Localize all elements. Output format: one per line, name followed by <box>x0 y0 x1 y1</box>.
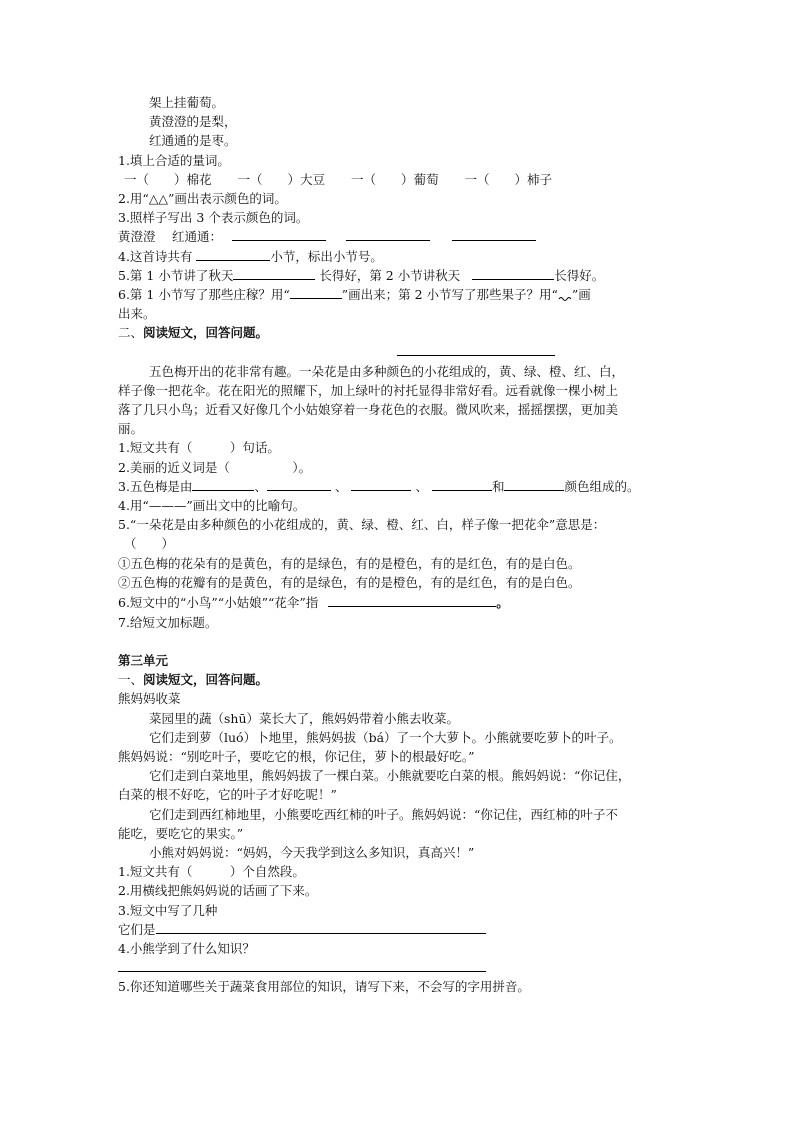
wavy-line-symbol <box>558 292 572 302</box>
straight-line-symbol <box>290 285 342 299</box>
measure-item[interactable]: 一（ ）大豆 <box>238 172 326 187</box>
question-6: 6.短文中的“小鸟”“小姑娘”“花伞”指 。 <box>118 592 688 613</box>
paragraph-line: 熊妈妈说：“别吃叶子，要吃它的根，你记住，萝卜的根最好吃。” <box>118 747 688 766</box>
answer-blank[interactable] <box>346 227 430 241</box>
question-2: 2.用“△△”画出表示颜色的词。 <box>118 189 688 208</box>
question-4: 4.这首诗共有 小节，标出小节号。 <box>118 247 688 266</box>
question-6-cont: 出来。 <box>118 304 688 323</box>
passage-line: 落了几只小鸟；近看又好像几个小姑娘穿着一身花色的衣服。微风吹来，摇摇摆摆，更加美 <box>118 400 688 419</box>
question-1: 1.短文共有（ ）句话。 <box>118 438 688 457</box>
answer-blank[interactable] <box>232 227 326 241</box>
answer-blank[interactable] <box>233 266 315 280</box>
paragraph-line: 白菜的根不好吃，它的叶子才好吃呢！” <box>118 785 688 804</box>
worksheet-page: 架上挂葡萄。 黄澄澄的是梨， 红通通的是枣。 1.填上合适的量词。 一（ ）棉花… <box>118 93 688 996</box>
answer-blank[interactable] <box>267 477 331 491</box>
paragraph-line: 它们走到萝（luó）卜地里，熊妈妈拔（bá）了一个大萝卜。小熊就要吃萝卜的叶子。 <box>118 728 688 747</box>
paragraph-line: 小熊对妈妈说：“妈妈，今天我学到这么多知识，真高兴！” <box>118 843 688 862</box>
measure-item[interactable]: 一（ ）柿子 <box>465 172 553 187</box>
question-3: 3.照样子写出 3 个表示颜色的词。 <box>118 208 688 227</box>
question-2: 2.美丽的近义词是（ ）。 <box>118 458 688 477</box>
story-title: 熊妈妈收菜 <box>118 689 688 708</box>
measure-word-row: 一（ ）棉花 一（ ）大豆 一（ ）葡萄 一（ ）柿子 <box>118 170 688 189</box>
section-heading: 一、阅读短文，回答问题。 <box>118 670 688 689</box>
answer-blank[interactable] <box>472 266 554 280</box>
paragraph-line: 它们走到西红柿地里，小熊要吃西红柿的叶子。熊妈妈说：“你记住，西红柿的叶子不 <box>118 805 688 824</box>
answer-blank[interactable] <box>504 477 564 491</box>
answer-blank[interactable] <box>328 593 496 607</box>
option-1: ①五色梅的花朵有的是黄色，有的是绿色，有的是橙色，有的是红色，有的是白色。 <box>118 554 688 573</box>
unit-title: 第三单元 <box>118 651 688 670</box>
question-4: 4.小熊学到了什么知识？ <box>118 939 688 958</box>
title-blank-row <box>118 342 688 361</box>
question-5: 5.你还知道哪些关于蔬菜食用部位的知识，请写下来，不会写的字用拼音。 <box>118 977 688 996</box>
answer-blank[interactable] <box>351 477 411 491</box>
question-3-cont: 它们是 <box>118 920 688 939</box>
answer-paren[interactable]: （ ） <box>118 534 688 553</box>
passage-line: 样子像一把花伞。花在阳光的照耀下，加上绿叶的衬托显得非常好看。远看就像一棵小树上 <box>118 381 688 400</box>
poem-line: 黄澄澄的是梨， <box>118 112 688 131</box>
answer-blank[interactable] <box>452 227 536 241</box>
paragraph-line: 它们走到白菜地里，熊妈妈拔了一棵白菜。小熊就要吃白菜的根。熊妈妈说：“你记住， <box>118 766 688 785</box>
measure-item[interactable]: 一（ ）葡萄 <box>351 172 439 187</box>
paragraph-line: 能吃，要吃它的果实。” <box>118 824 688 843</box>
question-3: 3.五色梅是由、 、 、和颜色组成的。 <box>118 477 688 496</box>
paragraph-line: 菜园里的蔬（shū）菜长大了，熊妈妈带着小熊去收菜。 <box>118 709 688 728</box>
question-3: 3.短文中写了几种 <box>118 901 688 920</box>
question-3-example: 黄澄澄 红通通： <box>118 227 688 246</box>
question-1: 1.填上合适的量词。 <box>118 151 688 170</box>
question-4: 4.用“———”画出文中的比喻句。 <box>118 496 688 515</box>
passage-line: 五色梅开出的花非常有趣。一朵花是由多种颜色的小花组成的，黄、绿、橙、红、白， <box>118 362 688 381</box>
answer-row <box>118 958 688 977</box>
answer-blank[interactable] <box>192 477 254 491</box>
question-2: 2.用横线把熊妈妈说的话画了下来。 <box>118 881 688 900</box>
answer-blank[interactable] <box>118 958 486 972</box>
question-5: 5.“一朵花是由多种颜色的小花组成的，黄、绿、橙、红、白，样子像一把花伞”意思是… <box>118 515 688 534</box>
answer-blank[interactable] <box>196 247 270 261</box>
passage-line: 丽。 <box>118 419 688 438</box>
section-heading: 二、阅读短文，回答问题。 <box>118 323 688 342</box>
example-text: 黄澄澄 红通通： <box>118 229 222 244</box>
question-5: 5.第 1 小节讲了秋天 长得好，第 2 小节讲秋天 长得好。 <box>118 266 688 285</box>
option-2: ②五色梅的花瓣有的是黄色，有的是绿色，有的是橙色，有的是红色，有的是白色。 <box>118 573 688 592</box>
poem-line: 红通通的是枣。 <box>118 131 688 150</box>
answer-blank[interactable] <box>156 920 486 934</box>
answer-blank[interactable] <box>432 477 492 491</box>
question-6: 6.第 1 小节写了那些庄稼？用“”画出来；第 2 小节写了那些果子？用“”画 <box>118 285 688 304</box>
question-1: 1.短文共有（ ）个自然段。 <box>118 862 688 881</box>
question-7: 7.给短文加标题。 <box>118 613 688 632</box>
title-blank[interactable] <box>397 354 555 356</box>
poem-line: 架上挂葡萄。 <box>118 93 688 112</box>
measure-item[interactable]: 一（ ）棉花 <box>124 172 212 187</box>
